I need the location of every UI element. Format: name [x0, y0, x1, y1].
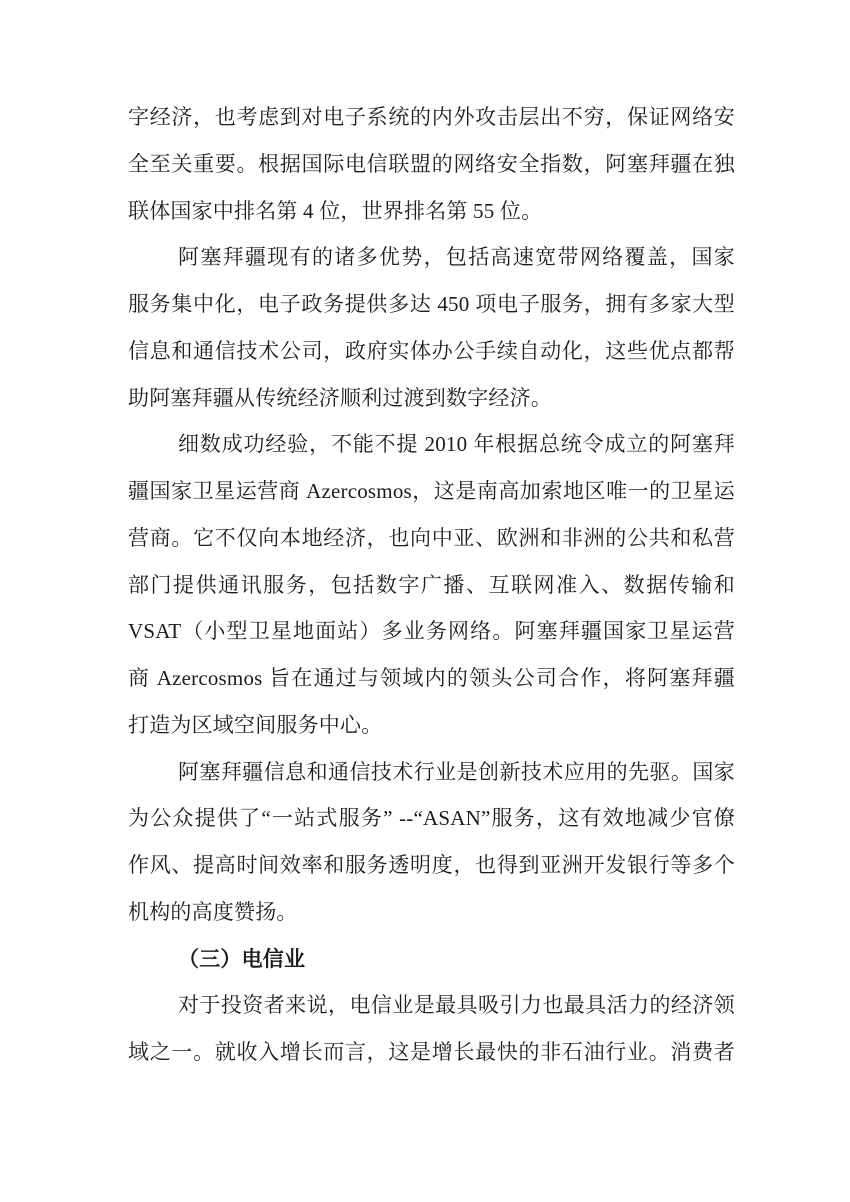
- text-line: 作风、提高时间效率和服务透明度，也得到亚洲开发银行等多个: [128, 842, 735, 889]
- text-line: 营商。它不仅向本地经济，也向中亚、欧洲和非洲的公共和私营: [128, 515, 735, 562]
- text-line: 全至关重要。根据国际电信联盟的网络安全指数，阿塞拜疆在独: [128, 141, 735, 188]
- text-line: 为公众提供了“一站式服务” --“ASAN”服务，这有效地减少官僚: [128, 795, 735, 842]
- text-line: 信息和通信技术公司，政府实体办公手续自动化，这些优点都帮: [128, 328, 735, 375]
- text-line: 阿塞拜疆现有的诸多优势，包括高速宽带网络覆盖，国家: [128, 234, 735, 281]
- text-line: （三）电信业: [128, 936, 735, 983]
- text-line: 商 Azercosmos 旨在通过与领域内的领头公司合作，将阿塞拜疆: [128, 655, 735, 702]
- text-line: 机构的高度赞扬。: [128, 889, 735, 936]
- text-line: VSAT（小型卫星地面站）多业务网络。阿塞拜疆国家卫星运营: [128, 608, 735, 655]
- paragraph: 字经济，也考虑到对电子系统的内外攻击层出不穷，保证网络安全至关重要。根据国际电信…: [128, 94, 735, 234]
- text-line: 域之一。就收入增长而言，这是增长最快的非石油行业。消费者: [128, 1029, 735, 1076]
- text-line: 联体国家中排名第 4 位，世界排名第 55 位。: [128, 188, 735, 235]
- paragraph: 阿塞拜疆现有的诸多优势，包括高速宽带网络覆盖，国家服务集中化，电子政务提供多达 …: [128, 234, 735, 421]
- paragraph: 阿塞拜疆信息和通信技术行业是创新技术应用的先驱。国家为公众提供了“一站式服务” …: [128, 749, 735, 936]
- text-line: 对于投资者来说，电信业是最具吸引力也最具活力的经济领: [128, 982, 735, 1029]
- document-body: 字经济，也考虑到对电子系统的内外攻击层出不穷，保证网络安全至关重要。根据国际电信…: [128, 94, 735, 1076]
- text-line: 打造为区域空间服务中心。: [128, 702, 735, 749]
- text-line: 阿塞拜疆信息和通信技术行业是创新技术应用的先驱。国家: [128, 749, 735, 796]
- text-line: 助阿塞拜疆从传统经济顺利过渡到数字经济。: [128, 375, 735, 422]
- paragraph: 细数成功经验，不能不提 2010 年根据总统令成立的阿塞拜疆国家卫星运营商 Az…: [128, 421, 735, 748]
- text-line: 疆国家卫星运营商 Azercosmos，这是南高加索地区唯一的卫星运: [128, 468, 735, 515]
- text-line: 字经济，也考虑到对电子系统的内外攻击层出不穷，保证网络安: [128, 94, 735, 141]
- paragraph: 对于投资者来说，电信业是最具吸引力也最具活力的经济领域之一。就收入增长而言，这是…: [128, 982, 735, 1076]
- text-line: 部门提供通讯服务，包括数字广播、互联网准入、数据传输和: [128, 562, 735, 609]
- text-line: 细数成功经验，不能不提 2010 年根据总统令成立的阿塞拜: [128, 421, 735, 468]
- document-page: 字经济，也考虑到对电子系统的内外攻击层出不穷，保证网络安全至关重要。根据国际电信…: [0, 0, 850, 1202]
- section-heading-telecom: （三）电信业: [128, 936, 735, 983]
- text-line: 服务集中化，电子政务提供多达 450 项电子服务，拥有多家大型: [128, 281, 735, 328]
